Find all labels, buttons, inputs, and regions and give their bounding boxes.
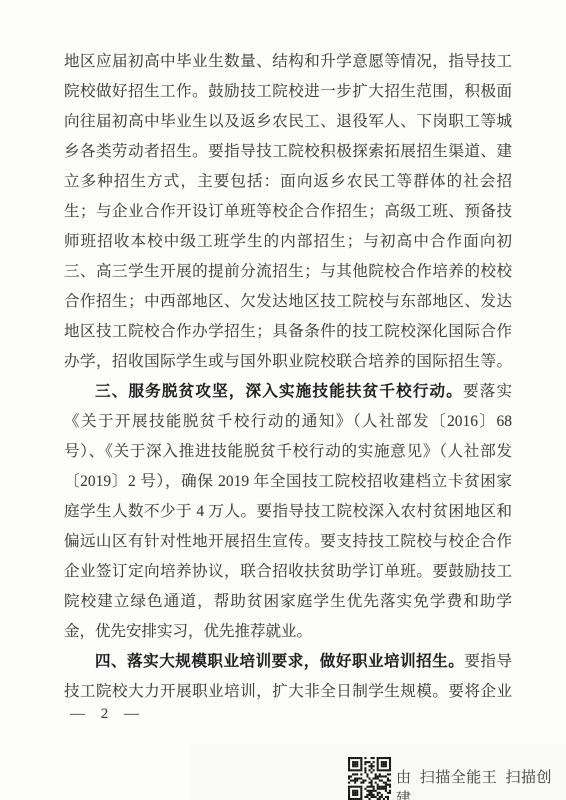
page-number: — 2 — xyxy=(70,706,141,723)
text-line: 向往届初高中毕业生以及返乡农民工、退役军人、下岗职工等城 xyxy=(64,107,512,137)
text-line: 地区技工院校合作办学招生；具备条件的技工院校深化国际合作 xyxy=(64,317,512,347)
text-line: 合作招生；中西部地区、欠发达地区技工院校与东部地区、发达 xyxy=(64,287,512,317)
text-line: 院校做好招生工作。鼓励技工院校进一步扩大招生范围，积极面 xyxy=(64,77,512,107)
text-line: 〔2019〕2 号），确保 2019 年全国技工院校招收建档立卡贫困家 xyxy=(64,467,512,497)
text-line: 生；与企业合作开设订单班等校企合作招生；高级工班、预备技 xyxy=(64,197,512,227)
text-line: 《关于开展技能脱贫千校行动的通知》（人社部发〔2016〕68 xyxy=(64,407,512,437)
paragraph-heading-line: 三、服务脱贫攻坚，深入实施技能扶贫千校行动。要落实 xyxy=(64,377,512,407)
text-line: 技工院校大力开展职业培训，扩大非全日制学生规模。要将企业 xyxy=(64,677,512,707)
text-line: 立多种招生方式，主要包括：面向返乡农民工等群体的社会招 xyxy=(64,167,512,197)
text-line: 偏远山区有针对性地开展招生宣传。要支持技工院校与校企合作 xyxy=(64,527,512,557)
heading-bold-text: 三、服务脱贫攻坚，深入实施技能扶贫千校行动。 xyxy=(95,383,463,400)
scan-attribution-text: 由 扫描全能王 扫描创建 xyxy=(396,766,566,800)
text-line: 乡各类劳动者招生。要指导技工院校积极探索拓展招生渠道、建 xyxy=(64,137,512,167)
qr-code-icon xyxy=(347,757,392,800)
heading-bold-text: 四、落实大规模职业培训要求，做好职业培训招生。 xyxy=(95,653,464,670)
scanned-document-page: 地区应届初高中毕业生数量、结构和升学意愿等情况，指导技工院校做好招生工作。鼓励技… xyxy=(0,0,566,800)
text-line: 金，优先安排实习，优先推荐就业。 xyxy=(64,617,512,647)
paragraph-heading-line: 四、落实大规模职业培训要求，做好职业培训招生。要指导 xyxy=(64,647,512,677)
text-line: 院校建立绿色通道，帮助贫困家庭学生优先落实免学费和助学 xyxy=(64,587,512,617)
text-line: 三、高三学生开展的提前分流招生；与其他院校合作培养的校校 xyxy=(64,257,512,287)
text-line: 地区应届初高中毕业生数量、结构和升学意愿等情况，指导技工 xyxy=(64,47,512,77)
text-line: 企业签订定向培养协议，联合招收扶贫助学订单班。要鼓励技工 xyxy=(64,557,512,587)
text-line: 办学，招收国际学生或与国外职业院校联合培养的国际招生等。 xyxy=(64,347,512,377)
document-text: 地区应届初高中毕业生数量、结构和升学意愿等情况，指导技工院校做好招生工作。鼓励技… xyxy=(64,47,512,707)
text-line: 师班招收本校中级工班学生的内部招生；与初高中合作面向初 xyxy=(64,227,512,257)
text-line: 庭学生人数不少于 4 万人。要指导技工院校深入农村贫困地区和 xyxy=(64,497,512,527)
text-line: 号）、《关于深入推进技能脱贫千校行动的实施意见》（人社部发 xyxy=(64,437,512,467)
